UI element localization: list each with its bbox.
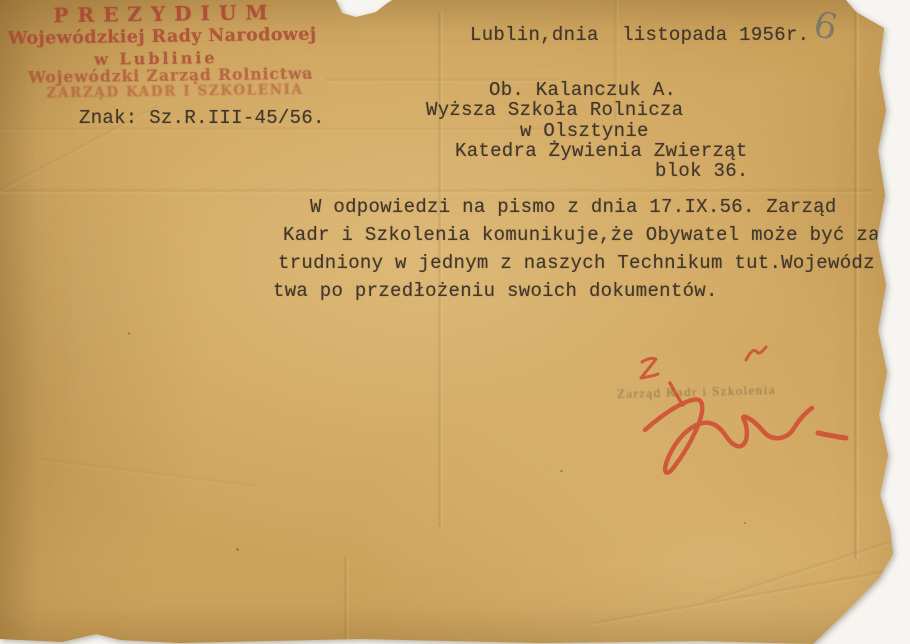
body-line: Kadr i Szkolenia komunikuje,że Obywatel …: [283, 224, 880, 246]
signature-top-stroke: [670, 383, 683, 405]
paper-sheet: PREZYDIUM Wojewódzkiej Rady Narodowej w …: [0, 0, 910, 644]
signature-dash: [818, 433, 846, 438]
paper-speck: [560, 470, 563, 472]
scanner-background: PREZYDIUM Wojewódzkiej Rady Narodowej w …: [0, 0, 910, 644]
paper-speck: [236, 548, 239, 551]
signature-main-stroke: [645, 400, 812, 473]
body-line: twa po przedłożeniu swoich dokumentów.: [273, 280, 718, 302]
signature-scribble: [600, 330, 870, 490]
paper-speck: [128, 332, 130, 335]
body-line: trudniony w jednym z naszych Technikum t…: [278, 252, 875, 274]
recipient-line: w Olsztynie: [520, 120, 649, 142]
recipient-line: Wyższa Szkoła Rolnicza: [426, 99, 683, 121]
letter-paper: PREZYDIUM Wojewódzkiej Rady Narodowej w …: [0, 0, 910, 644]
paper-crease: [705, 525, 910, 606]
recipient-line: Katedra Żywienia Zwierząt: [455, 140, 748, 162]
paper-crease: [0, 188, 872, 195]
red-annotation-z: [641, 358, 658, 378]
recipient-line: blok 36.: [655, 160, 749, 182]
paper-crease: [592, 563, 910, 627]
recipient-line: Ob. Kalanczuk A.: [489, 79, 676, 101]
handwritten-day: 6: [809, 4, 841, 49]
red-check-mark: [746, 347, 766, 360]
sender-stamp: PREZYDIUM Wojewódzkiej Rady Narodowej w …: [0, 0, 301, 112]
paper-crease: [343, 556, 350, 644]
paper-crease: [40, 457, 259, 491]
reference-number: Znak: Sz.R.III-45/56.: [79, 107, 325, 129]
date-line: Lublin,dnia listopada 1956r.: [470, 24, 809, 46]
stamp-line-presidium: PREZYDIUM: [53, 0, 276, 27]
stamp-line-section: ZARZĄD KADR I SZKOLENIA: [46, 82, 303, 102]
body-line: W odpowiedzi na pismo z dnia 17.IX.56. Z…: [310, 196, 837, 218]
stamp-line-council: Wojewódzkiej Rady Narodowej: [8, 25, 317, 49]
paper-speck: [744, 522, 746, 524]
